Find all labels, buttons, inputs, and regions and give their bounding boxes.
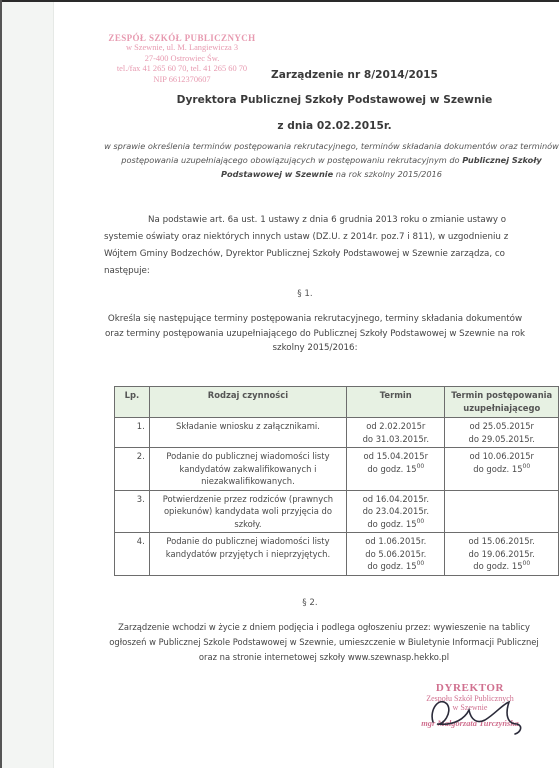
row-number: 2. — [115, 448, 150, 491]
row-activity: Podanie do publicznej wiadomości listy k… — [149, 448, 346, 491]
row-activity: Podanie do publicznej wiadomości listy k… — [149, 533, 346, 576]
column-header-term: Termin — [347, 387, 445, 418]
row-number: 3. — [115, 490, 150, 533]
stamp-line: w Szewnie, ul. M. Langiewicza 3 — [92, 43, 272, 53]
stamp-line: ZESPÓŁ SZKÓŁ PUBLICZNYCH — [92, 33, 272, 43]
subject-text-end: na rok szkolny 2015/2016 — [333, 169, 442, 179]
row-supplementary-term — [445, 490, 559, 533]
section-1-heading: § 1. — [250, 289, 360, 299]
schedule-table: Lp. Rodzaj czynności Termin Termin postę… — [114, 386, 559, 576]
row-supplementary-term: od 15.06.2015r.do 19.06.2015r.do godz. 1… — [445, 533, 559, 576]
row-activity: Potwierdzenie przez rodziców (prawnych o… — [149, 490, 346, 533]
scan-margin-band — [2, 2, 54, 768]
row-activity: Składanie wniosku z załącznikami. — [149, 418, 346, 448]
row-supplementary-term: od 25.05.2015rdo 29.05.2015r. — [445, 418, 559, 448]
column-header-supplementary-term: Termin postępowania uzupełniającego — [445, 387, 559, 418]
row-term: od 16.04.2015r.do 23.04.2015r.do godz. 1… — [347, 490, 445, 533]
preamble-paragraph: Na podstawie art. 6a ust. 1 ustawy z dni… — [104, 212, 544, 280]
document-subject: w sprawie określenia terminów postępowan… — [104, 139, 559, 181]
row-term: od 1.06.2015r.do 5.06.2015r.do godz. 150… — [347, 533, 445, 576]
table-row: 1.Składanie wniosku z załącznikami.od 2.… — [115, 418, 559, 448]
column-header-activity: Rodzaj czynności — [149, 387, 346, 418]
preamble-text: Na podstawie art. 6a ust. 1 ustawy z dni… — [104, 215, 508, 276]
row-term: od 15.04.2015rdo godz. 1500 — [347, 448, 445, 491]
document-title: Zarządzenie nr 8/2014/2015 — [150, 69, 559, 81]
stamp-line: 27-400 Ostrowiec Św. — [92, 54, 272, 64]
table-row: 2.Podanie do publicznej wiadomości listy… — [115, 448, 559, 491]
column-header-lp: Lp. — [115, 387, 150, 418]
handwritten-signature-icon — [425, 690, 545, 740]
document-issuer: Dyrektora Publicznej Szkoły Podstawowej … — [110, 94, 559, 106]
document-date: z dnia 02.02.2015r. — [110, 120, 559, 132]
row-number: 1. — [115, 418, 150, 448]
row-number: 4. — [115, 533, 150, 576]
scan-top-edge — [0, 0, 559, 2]
section-2-text: Zarządzenie wchodzi w życie z dniem podj… — [104, 620, 544, 665]
section-1-text: Określa się następujące terminy postępow… — [100, 312, 530, 356]
table-row: 4.Podanie do publicznej wiadomości listy… — [115, 533, 559, 576]
row-term: od 2.02.2015rdo 31.03.2015r. — [347, 418, 445, 448]
row-supplementary-term: od 10.06.2015rdo godz. 1500 — [445, 448, 559, 491]
table-header-row: Lp. Rodzaj czynności Termin Termin postę… — [115, 387, 559, 418]
table-row: 3.Potwierdzenie przez rodziców (prawnych… — [115, 490, 559, 533]
section-2-heading: § 2. — [260, 598, 360, 608]
